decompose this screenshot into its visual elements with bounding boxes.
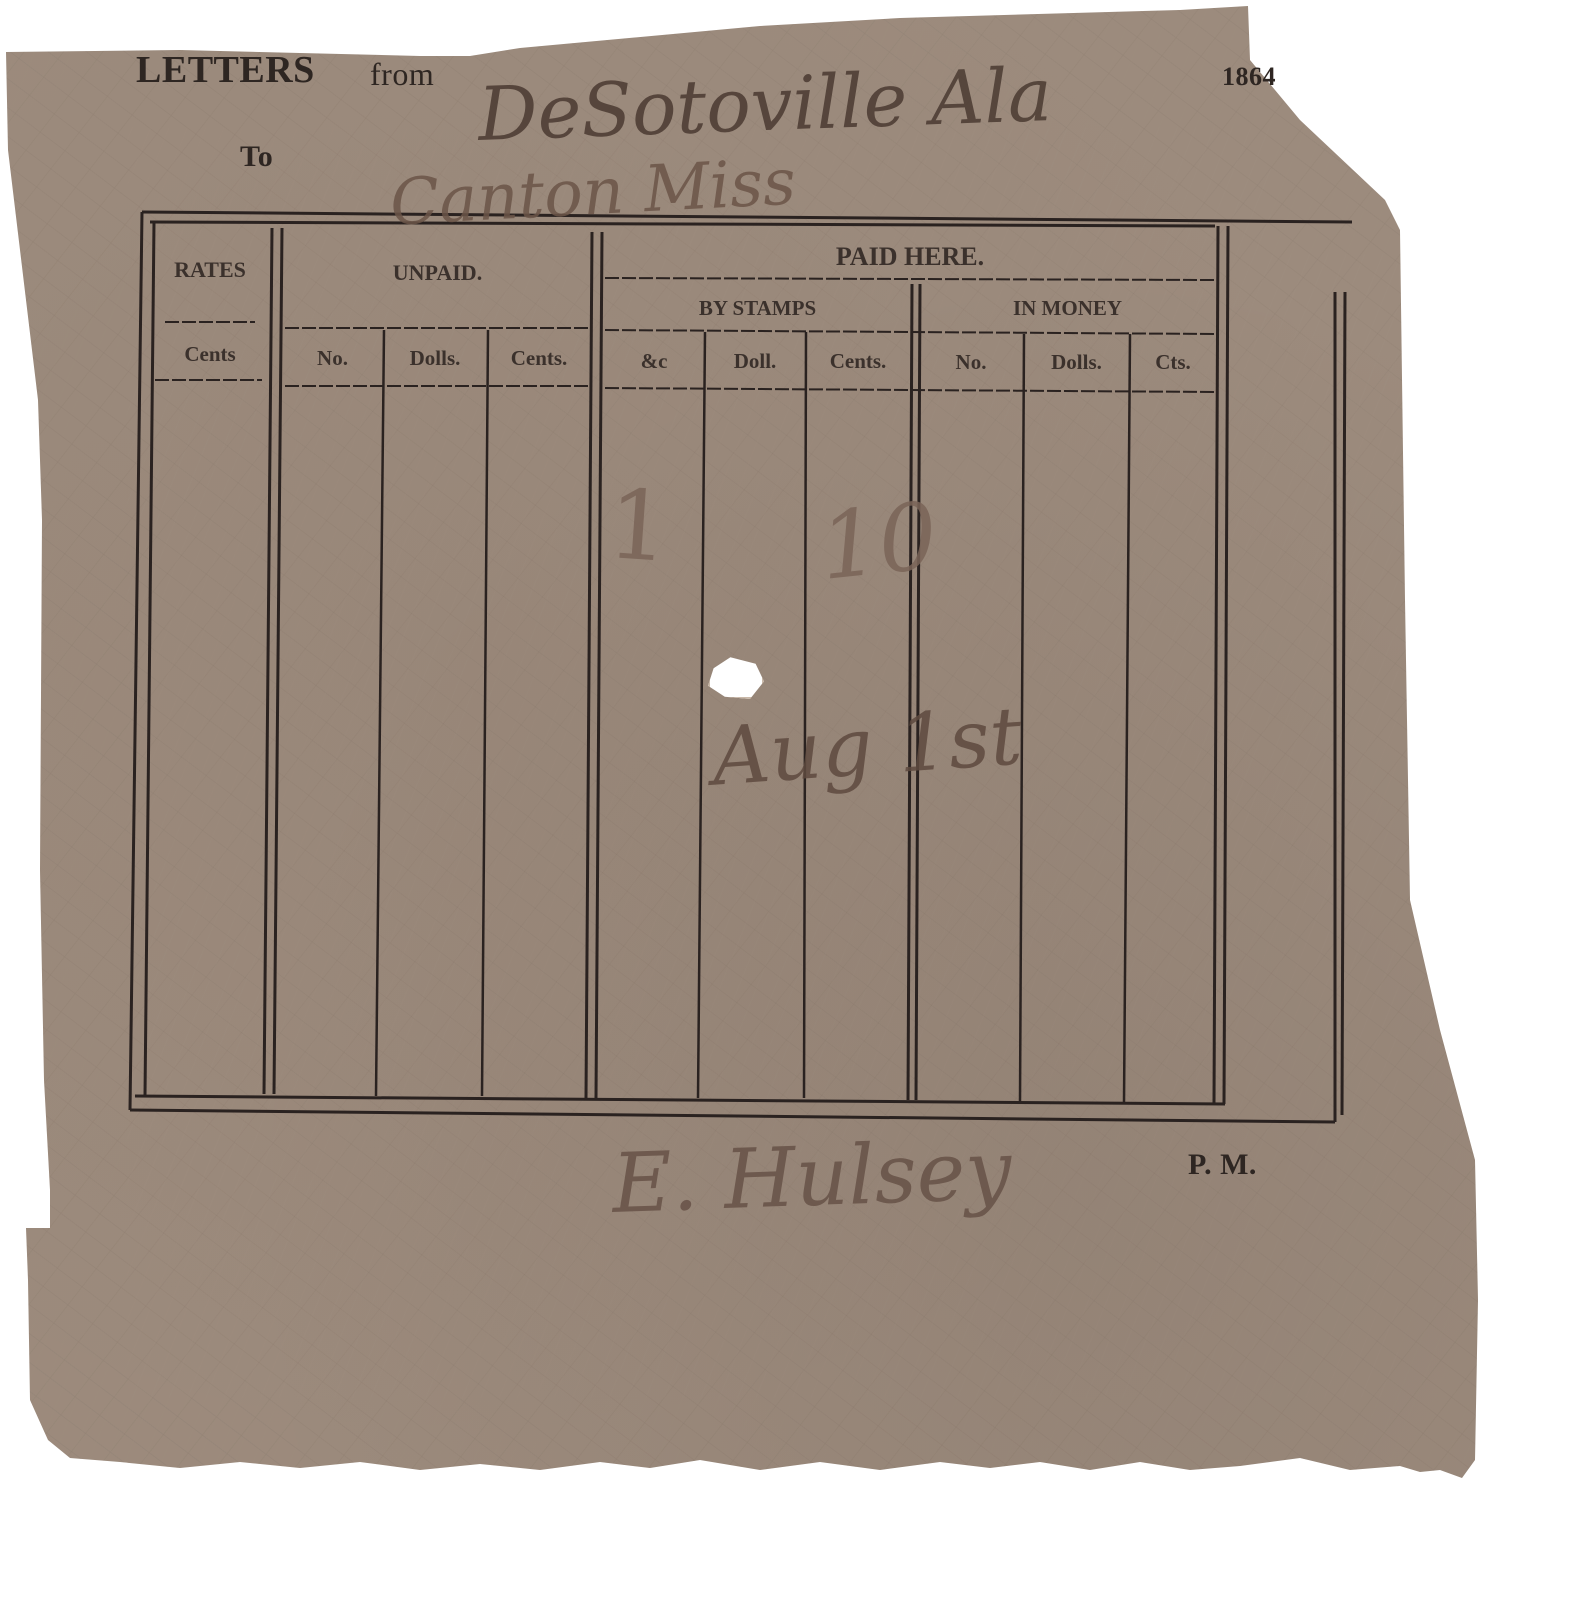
from-label: from bbox=[370, 56, 434, 93]
handwritten-amount: 10 bbox=[815, 482, 943, 601]
header-paid-here: PAID HERE. bbox=[605, 242, 1215, 272]
handwritten-count: 1 bbox=[604, 468, 673, 584]
subheader-stamps-doll: Doll. bbox=[705, 349, 805, 374]
letter-bill-paper bbox=[0, 0, 1569, 1600]
subheader-money-no: No. bbox=[920, 350, 1022, 375]
subheader-unpaid-dolls: Dolls. bbox=[385, 346, 485, 371]
year-label: 1864 bbox=[1222, 62, 1276, 92]
header-rates: RATES bbox=[155, 257, 265, 283]
header-unpaid: UNPAID. bbox=[285, 260, 590, 286]
postmaster-label: P. M. bbox=[1188, 1148, 1257, 1182]
subheader-stamps-etc: &c bbox=[605, 349, 703, 374]
subheader-unpaid-no: No. bbox=[285, 346, 380, 371]
subheader-rates-cents: Cents bbox=[155, 342, 265, 367]
subheader-unpaid-cents: Cents. bbox=[489, 346, 589, 371]
paper-texture bbox=[0, 0, 1569, 1600]
subheader-money-cts: Cts. bbox=[1130, 350, 1216, 375]
subheader-stamps-cents: Cents. bbox=[807, 349, 909, 374]
to-label: To bbox=[240, 140, 273, 174]
subheader-money-dolls: Dolls. bbox=[1025, 350, 1128, 375]
letters-label: LETTERS bbox=[136, 48, 315, 92]
header-by-stamps: BY STAMPS bbox=[605, 296, 910, 321]
postmaster-signature: E. Hulsey bbox=[610, 1123, 1013, 1232]
header-in-money: IN MONEY bbox=[920, 296, 1215, 321]
